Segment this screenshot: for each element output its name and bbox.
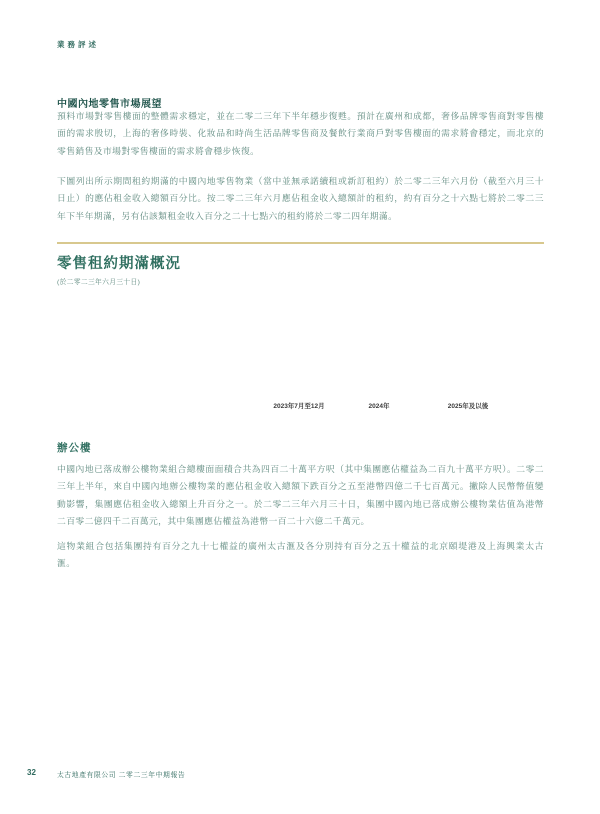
page-number: 32 — [27, 768, 36, 777]
chart-category-label-2023h2: 2023年7月至12月 — [273, 401, 324, 410]
lease-expiry-heading: 零售租約期滿概況 — [57, 252, 181, 273]
office-heading: 辦公樓 — [57, 440, 92, 455]
report-page: 業務評述 中國內地零售市場展望 預料市場對零售樓面的整體需求穩定，並在二零二三年… — [0, 0, 600, 814]
office-paragraph-1: 中國內地已落成辦公樓物業組合總樓面面積合共為四百二十萬平方呎（其中集團應佔權益為… — [57, 461, 544, 530]
lease-expiry-chart: 2023年7月至12月 2024年 2025年及以後 — [57, 292, 544, 417]
office-paragraph-2: 這物業組合包括集團持有百分之九十七權益的廣州太古滙及各分別持有百分之五十權益的北… — [57, 538, 544, 573]
footer-company-report-title: 太古地產有限公司 二零二三年中期報告 — [57, 769, 185, 779]
retail-outlook-paragraph-2: 下圖列出所示期間租約期滿的中國內地零售物業（當中並無承諾續租或新訂租約）於二零二… — [57, 173, 544, 225]
section-divider — [57, 242, 544, 244]
running-header: 業務評述 — [57, 39, 99, 50]
chart-category-label-2024: 2024年 — [369, 401, 390, 410]
as-of-date-caption: (於二零二三年六月三十日) — [57, 276, 140, 286]
chart-category-label-2025-onward: 2025年及以後 — [448, 401, 488, 410]
retail-outlook-paragraph-1: 預料市場對零售樓面的整體需求穩定，並在二零二三年下半年穩步復甦。預計在廣州和成都… — [57, 108, 544, 160]
